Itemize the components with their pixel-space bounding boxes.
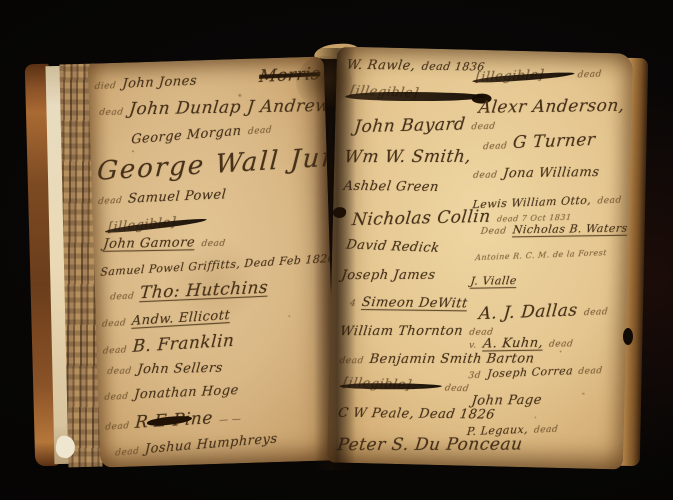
annotation-text: dead [103,345,128,356]
annotation-text: died [94,81,117,92]
annotation-text: Antoine R. C. M. de la Forest [475,248,608,262]
signature-text: A. J. Dallas [478,300,579,324]
annotation-text: dead [201,239,226,249]
signature-row: v.A. Kuhn,dead [469,333,633,351]
signature-text: Nicholas Collin [351,207,492,230]
annotation-text: Dead [480,226,507,236]
signature-row: Alexr Anderson, [479,94,633,117]
signature-text: B. Franklin [132,331,235,357]
signature-text: Jona Williams [503,164,601,180]
signature-row: Antoine R. C. M. de la Forest [475,245,633,262]
signature-text: Wm W. Smith, [343,147,472,167]
annotation-text: dead [105,421,130,432]
signature-text: Ashbel Green [343,179,440,195]
annotation-text: dead [577,69,602,80]
signature-text: Andw. Ellicott [132,307,231,328]
signature-text: W. Rawle, [346,58,417,74]
signature-text: William Thornton [339,324,464,339]
signature-row: deadG Turner [483,127,633,155]
signature-row: John Page [472,390,633,408]
annotation-text: dead [534,425,559,436]
signature-row: diedJohn JonesMorris [94,64,321,94]
signature-row: [illegible]dead [475,62,633,85]
signature-text: Peter S. Du Ponceau [336,434,523,455]
right-page-signature-column-2: [illegible]deadAlexr Anderson,deadG Turn… [467,64,633,437]
right-page: W. Rawle,dead 1836[illegible]John Bayard… [327,46,633,469]
signature-row: DeadNicholas B. Waters [481,221,633,237]
annotation-text: dead [549,339,574,349]
signature-text: G Turner [512,130,596,153]
signature-row: deadTho: Hutchins [110,275,328,304]
struck-out-signature: [illegible] [342,376,440,395]
signature-text: John Page [471,392,543,408]
annotation-text: dead [107,366,132,376]
signature-row: deadSamuel Powel [98,183,324,208]
signature-text: George Morgan [131,124,242,148]
signature-text: John Jones [122,73,198,91]
signature-text: Simeon DeWitt [361,295,469,311]
signature-row: A. J. Dallasdead [479,297,633,325]
signature-row: deadJonathan Hoge [104,379,330,404]
signature-row: J. Vialle [471,271,634,287]
signature-text: P. Legaux, [467,423,529,438]
annotation-text: v. [469,340,478,350]
signature-row: deadJona Williams [473,163,633,181]
signature-row: deadAndw. Ellicott [101,302,327,330]
signature-text: Alexr Anderson, [478,95,626,117]
struck-out-signature: [illegible] [475,67,572,86]
annotation-text: — — [219,414,242,425]
signature-row: John Gamoredead [103,233,325,252]
annotation-text: dead [578,366,603,377]
annotation-text: dead [98,196,123,207]
signature-text: John Sellers [137,360,224,377]
signature-text: David Redick [345,237,441,255]
signature-row: P. Legaux,dead [467,417,633,438]
signature-text: Nicholas B. Waters [512,221,628,236]
signature-row: [illegible] [107,203,325,235]
signature-row: deadB. Franklin [102,325,329,358]
left-page-signature-column: diedJohn JonesMorrisdeadJohn DunlapJ And… [94,66,332,455]
signature-text: Tho: Hutchins [139,278,269,304]
annotation-text: dead [473,170,498,180]
signature-row: Samuel Powel Griffitts, Dead Feb 1826 [100,252,326,278]
signature-text: Lewis William Otto, [472,194,592,212]
signature-text: Joseph Correa [486,364,573,380]
signature-text: John Bayard [353,114,466,137]
signature-text: Samuel Powel [128,187,227,206]
signature-row: 3dJoseph Correadead [468,360,633,381]
stain [296,56,352,108]
struck-out-signature: [illegible] [108,212,204,235]
annotation-text: dead [247,125,272,137]
signature-text: Jonathan Hoge [134,383,240,403]
signature-row: deadJohn Sellers [107,358,329,377]
annotation-text: dead [583,307,608,318]
edge-scuff [623,328,633,345]
annotation-text: dead [115,446,140,458]
signature-row: Lewis William Otto,dead [472,190,633,211]
signature-row: Peter S. Du Ponceau [337,434,521,455]
signature-row: George Wall Junior [96,143,323,186]
annotation-text: dead [597,195,622,206]
annotation-text: dead [444,384,470,395]
signature-row: deadJohn DunlapJ Andrews [99,96,321,120]
gutter-shadow [314,48,356,470]
signature-text: Samuel Powel Griffitts, Dead Feb 1826 [100,251,336,278]
struck-out-signature: [illegible] [349,83,483,103]
signature-text: Joshua Humphreys [145,431,278,457]
annotation-text: dead [99,107,124,117]
signature-text: John Gamore [103,235,196,252]
annotation-text: dead [483,141,508,152]
annotation-text: dead [104,392,129,403]
left-page: diedJohn JonesMorrisdeadJohn DunlapJ And… [88,56,337,467]
signature-text: J. Vialle [470,274,518,288]
photo-open-signature-book: diedJohn JonesMorrisdeadJohn DunlapJ And… [0,0,673,500]
annotation-text: dead [102,318,127,329]
annotation-text: 3d [468,371,481,382]
annotation-text: dead [110,291,135,302]
signature-text: R E Pine [135,408,214,433]
signature-text: A. Kuhn, [482,335,544,351]
signature-text: John Dunlap [128,97,242,119]
